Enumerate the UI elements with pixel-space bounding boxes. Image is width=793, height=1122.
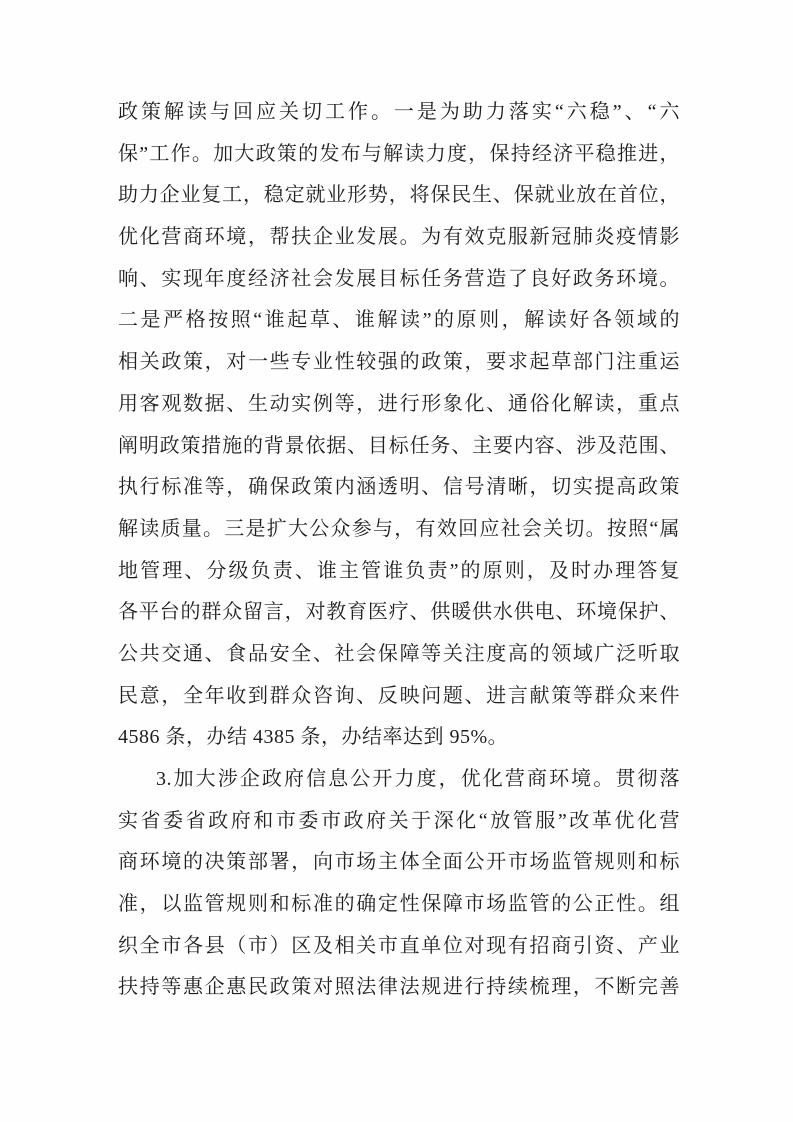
text-line: 准，以监管规则和标准的确定性保障市场监管的公正性。组 <box>118 884 680 926</box>
text-line: 民意，全年收到群众咨询、反映问题、进言献策等群众来件 <box>118 676 680 718</box>
text-block: 政策解读与回应关切工作。一是为助力落实“六稳”、“六保”工作。加大政策的发布与解… <box>118 92 680 1009</box>
text-line: 商环境的决策部署，向市场主体全面公开市场监管规则和标 <box>118 842 680 884</box>
text-line: 扶持等惠企惠民政策对照法律法规进行持续梳理，不断完善 <box>118 967 680 1009</box>
text-line: 助力企业复工，稳定就业形势，将保民生、保就业放在首位， <box>118 175 680 217</box>
text-line: 执行标准等，确保政策内涵透明、信号清晰，切实提高政策 <box>118 467 680 509</box>
text-line: 政策解读与回应关切工作。一是为助力落实“六稳”、“六 <box>118 92 680 134</box>
text-line: 地管理、分级负责、谁主管谁负责”的原则，及时办理答复 <box>118 551 680 593</box>
text-line: 响、实现年度经济社会发展目标任务营造了良好政务环境。 <box>118 259 680 301</box>
text-line: 优化营商环境，帮扶企业发展。为有效克服新冠肺炎疫情影 <box>118 217 680 259</box>
text-line: 织全市各县（市）区及相关市直单位对现有招商引资、产业 <box>118 926 680 968</box>
text-line: 实省委省政府和市委市政府关于深化“放管服”改革优化营 <box>118 801 680 843</box>
text-line: 公共交通、食品安全、社会保障等关注度高的领域广泛听取 <box>118 634 680 676</box>
text-line: 用客观数据、生动实例等，进行形象化、通俗化解读，重点 <box>118 384 680 426</box>
document-page: 政策解读与回应关切工作。一是为助力落实“六稳”、“六保”工作。加大政策的发布与解… <box>0 0 793 1122</box>
text-line: 4586 条，办结 4385 条，办结率达到 95%。 <box>118 717 680 759</box>
text-line: 二是严格按照“谁起草、谁解读”的原则，解读好各领域的 <box>118 300 680 342</box>
text-line: 解读质量。三是扩大公众参与，有效回应社会关切。按照“属 <box>118 509 680 551</box>
text-line: 保”工作。加大政策的发布与解读力度，保持经济平稳推进， <box>118 134 680 176</box>
text-line: 阐明政策措施的背景依据、目标任务、主要内容、涉及范围、 <box>118 426 680 468</box>
text-line: 相关政策，对一些专业性较强的政策，要求起草部门注重运 <box>118 342 680 384</box>
text-line: 3.加大涉企政府信息公开力度，优化营商环境。贯彻落 <box>118 759 680 801</box>
text-line: 各平台的群众留言，对教育医疗、供暖供水供电、环境保护、 <box>118 592 680 634</box>
